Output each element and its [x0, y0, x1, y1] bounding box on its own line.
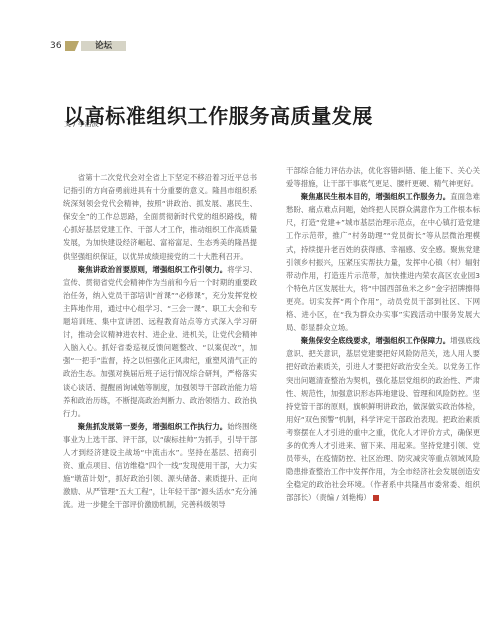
paragraph-security: 聚焦保安全底线要求，增强组织工作保障力。增强底线意识、把关意识，基层党建要把好风… — [286, 334, 480, 504]
paragraph-body: 将学习、宣传、贯彻省党代会精神作为当前和今后一个时期的重要政治任务，纳入党员干部… — [63, 265, 257, 418]
section-accent-shape — [65, 41, 79, 51]
paragraph-body: 增强底线意识、把关意识，基层党建要把好风险防范关，选人用人要把好政治素质关，引进… — [286, 336, 480, 502]
page-number: 36 — [50, 41, 64, 51]
paragraph-politics: 聚焦讲政治首要原则，增强组织工作引领力。将学习、宣传、贯彻省党代会精神作为当前和… — [63, 263, 257, 420]
right-column: 干部综合能力评估办法，优化容错纠错、能上能下、关心关爱等措施，让干部干事底气更足… — [286, 164, 480, 504]
paragraph-body: 始终围绕事业为上选干部、评干部，以“碳标挂帅”为抓手，引导干部人才到经济建设主战… — [63, 422, 257, 510]
section-label: 论坛 — [81, 41, 126, 51]
article-end-mark-icon — [373, 495, 379, 501]
paragraph-heading: 聚焦惠民生根本目的，增强组织工作服务力。 — [301, 192, 450, 201]
page-header: 36 论坛 — [50, 41, 126, 51]
paragraph-body: 直面急难愁盼、痛点难点问题，始终把人民群众满意作为工作根本标尺，打造“党建+”城… — [286, 192, 480, 332]
paragraph-development: 聚焦抓发展第一要务，增强组织工作执行力。始终围绕事业为上选干部、评干部，以“碳标… — [63, 420, 257, 512]
article-byline: 文 / 李治波 — [64, 119, 99, 129]
paragraph-livelihood: 聚焦惠民生根本目的，增强组织工作服务力。直面急难愁盼、痛点难点问题，始终把人民群… — [286, 190, 480, 334]
article-title: 以高标准组织工作服务高质量发展 — [64, 100, 373, 129]
paragraph-continued: 干部综合能力评估办法，优化容错纠错、能上能下、关心关爱等措施，让干部干事底气更足… — [286, 164, 480, 190]
left-column: 省第十二次党代会对全省上下坚定不移沿着习近平总书记指引的方向奋勇前进具有十分重要… — [63, 171, 257, 511]
paragraph-heading: 聚焦保安全底线要求，增强组织工作保障力。 — [301, 336, 450, 345]
paragraph-heading: 聚焦抓发展第一要务，增强组织工作执行力。 — [78, 422, 227, 431]
paragraph-heading: 聚焦讲政治首要原则，增强组织工作引领力。 — [78, 265, 227, 274]
paragraph-intro: 省第十二次党代会对全省上下坚定不移沿着习近平总书记指引的方向奋勇前进具有十分重要… — [63, 171, 257, 263]
